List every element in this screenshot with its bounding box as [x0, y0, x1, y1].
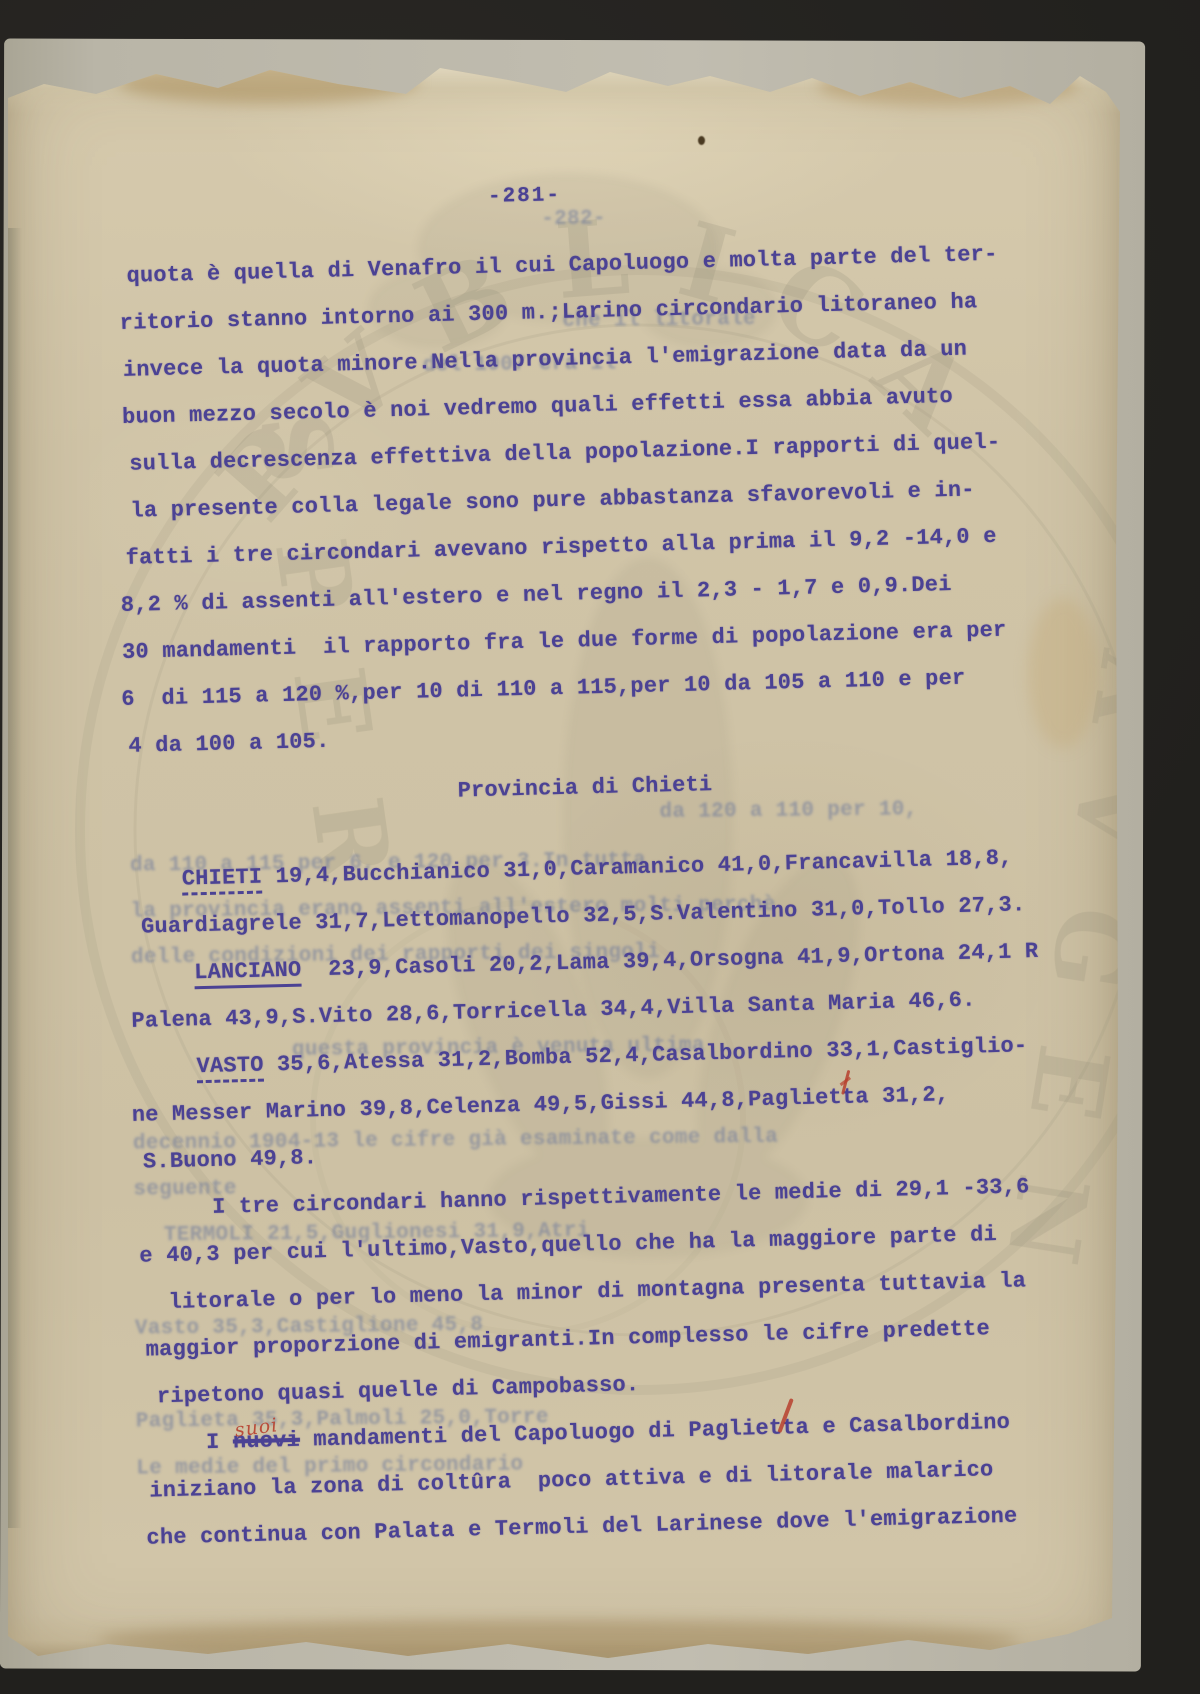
ink-speck [698, 136, 705, 145]
text-block: quota è quella di Venafro il cui Capoluo… [118, 229, 1091, 1561]
underlined-district-name: VASTO [196, 1055, 264, 1084]
struck-word: nuovisuoi [233, 1428, 301, 1455]
red-correction-mark: t [782, 1404, 797, 1451]
bleed-through-text: -282- [541, 208, 606, 232]
scanned-document: PVBLICA SPER AVGEN -282-che il lito [0, 0, 1200, 1694]
handwritten-correction: suoi [232, 1402, 281, 1454]
section-heading: Provincia di Chieti [457, 752, 1072, 815]
underlined-district-name: LANCIANO [194, 960, 302, 990]
document-page: PVBLICA SPER AVGEN -282-che il lito [8, 58, 1120, 1662]
page-number: -281- [488, 184, 561, 209]
red-correction-mark: t [841, 1074, 856, 1121]
left-edge-shadow [8, 228, 22, 1528]
underlined-district-name: CHIETI [182, 867, 263, 896]
